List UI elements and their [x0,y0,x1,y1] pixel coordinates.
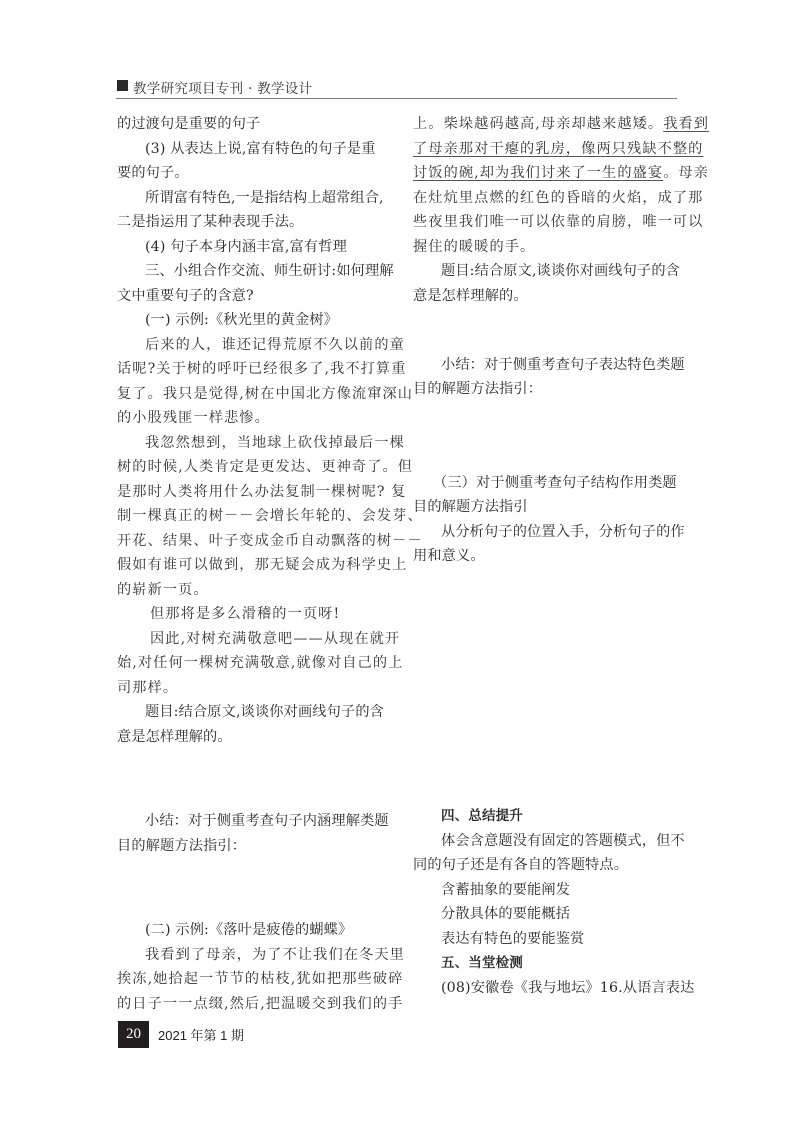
excerpt-line: 我忽然想到，当地球上砍伐掉最后一棵 [117,431,385,456]
excerpt-text: 。母亲 [663,165,709,181]
question-line: 题目:结合原文,谈谈你对画线句子的含 [413,259,679,284]
excerpt-line: 复了。我只是觉得,树在中国北方像流窜深山 [117,382,385,407]
text-line: 的过渡句是重要的句子 [117,112,385,137]
list-item: 分散具体的要能概括 [413,902,679,927]
square-bullet-icon [117,80,128,91]
summary-line: 目的解题方法指引： [117,834,385,859]
underlined-sentence: 我看到 [663,116,709,132]
excerpt-line: 始,对任何一棵树充满敬意,就像对自己的上 [117,651,385,676]
excerpt-line: 话呢?关于树的呼吁已经很多了,我不打算重 [117,357,385,382]
excerpt-line: 的小股残匪一样悲惨。 [117,406,385,431]
text-line: 二是指运用了某种表现手法。 [117,210,385,235]
example-title: (二) 示例:《落叶是疲倦的蝴蝶》 [117,918,385,943]
excerpt-line: 司那样。 [117,676,385,701]
excerpt-line: 上。柴垛越码越高,母亲却越来越矮。我看到 [413,112,679,137]
underlined-sentence: 了母亲那对干瘪的乳房，像两只残缺不整的 [413,141,703,157]
excerpt-line: 挨冻,她拾起一节节的枯枝,犹如把那些破碎 [117,967,385,992]
underlined-sentence: 讨饭的碗,却为我们讨来了一生的盛宴 [413,165,663,181]
question-line: 意是怎样理解的。 [117,725,385,750]
running-header: 教学研究项目专刊 · 教学设计 [116,76,677,99]
excerpt-text: 上。柴垛越码越高,母亲却越来越矮。 [413,116,663,132]
text-line: 体会含意题没有固定的答题模式，但不 [413,829,679,854]
summary-line: 小结：对于侧重考查句子内涵理解类题 [117,809,385,834]
excerpt-line: 我看到了母亲，为了不让我们在冬天里 [117,943,385,968]
text-line: 用和意义。 [413,544,679,569]
excerpt-line: 在灶炕里点燃的红色的昏暗的火焰，成了那 [413,186,679,211]
subsection-heading: （三）对于侧重考查句子结构作用类题 [413,471,679,496]
question-line: 意是怎样理解的。 [413,284,679,309]
example-title: (一) 示例:《秋光里的黄金树》 [117,308,385,333]
excerpt-line: 后来的人，谁还记得荒原不久以前的童 [117,333,385,358]
excerpt-line: 树的时候,人类肯定是更发达、更神奇了。但 [117,455,385,480]
section-heading: 文中重要句子的含意? [117,284,385,309]
page-number: 20 [118,1021,149,1048]
question-line: 题目:结合原文,谈谈你对画线句子的含 [117,700,385,725]
section-heading: 三、小组合作交流、师生研讨:如何理解 [117,259,385,284]
excerpt-line: 是那时人类将用什么办法复制一棵树呢? 复 [117,480,385,505]
summary-line: 目的解题方法指引： [413,377,679,402]
subsection-heading: 目的解题方法指引 [413,495,679,520]
text-line: 所谓富有特色,一是指结构上超常组合, [117,186,385,211]
text-line: (3) 从表达上说,富有特色的句子是重 [117,137,385,162]
excerpt-line: 讨饭的碗,却为我们讨来了一生的盛宴。母亲 [413,161,679,186]
excerpt-line: 的崭新一页。 [117,578,385,603]
summary-line: 小结：对于侧重考查句子表达特色类题 [413,353,679,378]
excerpt-line: 些夜里我们唯一可以依靠的肩膀，唯一可以 [413,210,679,235]
right-column: 上。柴垛越码越高,母亲却越来越矮。我看到 了母亲那对干瘪的乳房，像两只残缺不整的… [413,112,679,1000]
text-line: 同的句子还是有各自的答题特点。 [413,853,679,878]
excerpt-line: 假如有谁可以做到，那无疑会成为科学史上 [117,553,385,578]
text-line: (08)安徽卷《我与地坛》16.从语言表达 [413,976,679,1001]
excerpt-line: 因此,对树充满敬意吧——从现在就开 [117,627,385,652]
excerpt-line: 握住的暖暖的手。 [413,235,679,260]
text-line: (4) 句子本身内涵丰富,富有哲理 [117,235,385,260]
excerpt-line: 开花、结果、叶子变成金币自动飘落的树－－ [117,529,385,554]
excerpt-line: 但那将是多么滑稽的一页呀! [117,602,385,627]
journal-section-title: 教学研究项目专刊 · 教学设计 [133,77,312,97]
text-line: 从分析句子的位置入手，分析句子的作 [413,520,679,545]
section-heading: 五、当堂检测 [413,951,679,976]
section-heading: 四、总结提升 [413,804,679,829]
excerpt-line: 了母亲那对干瘪的乳房，像两只残缺不整的 [413,137,679,162]
excerpt-line: 的日子一一点缀,然后,把温暖交到我们的手 [117,992,385,1017]
left-column: 的过渡句是重要的句子 (3) 从表达上说,富有特色的句子是重 要的句子。 所谓富… [117,112,385,1016]
text-line: 要的句子。 [117,161,385,186]
list-item: 表达有特色的要能鉴赏 [413,927,679,952]
excerpt-line: 制一棵真正的树－－会增长年轮的、会发芽、 [117,504,385,529]
list-item: 含蓄抽象的要能阐发 [413,878,679,903]
issue-label: 2021 年第 1 期 [158,1025,244,1044]
